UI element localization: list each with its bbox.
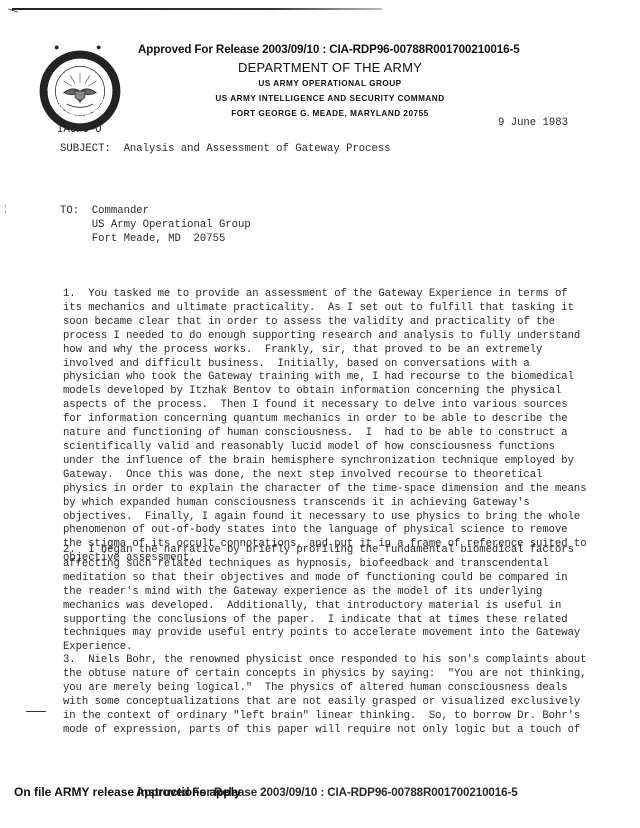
text-line: aspects of the process. Then I found it … (63, 399, 587, 413)
text-line: 3. Niels Bohr, the renowned physicist on… (63, 654, 587, 668)
text-line: with some conceptualizations that are no… (63, 696, 587, 710)
text-line: how and why the process works. Frankly, … (63, 344, 587, 358)
text-line: by which expanded human consciousness tr… (63, 497, 587, 511)
release-stamp-top: Approved For Release 2003/09/10 : CIA-RD… (138, 43, 520, 56)
text-line: the obtuse nature of certain concepts in… (63, 668, 587, 682)
text-line: process I needed to do enough supporting… (63, 330, 587, 344)
text-line: for information concerning quantum mecha… (63, 413, 587, 427)
text-line: involved and difficult business. Initial… (63, 358, 587, 372)
text-line: techniques may provide useful entry poin… (63, 627, 580, 641)
text-line: physics in order to explain the characte… (63, 483, 587, 497)
text-line: 2. I began the narrative by briefly prof… (63, 544, 580, 558)
text-line: soon became clear that in order to asses… (63, 316, 587, 330)
recipient-line: Fort Meade, MD 20755 (92, 233, 226, 245)
text-line: meditation so that their objectives and … (63, 572, 580, 586)
memo-date: 9 June 1983 (498, 117, 568, 129)
scan-speck (5, 205, 6, 207)
text-line: nature and functioning of human consciou… (63, 427, 587, 441)
margin-mark (26, 711, 46, 712)
text-line: the reader's mind with the Gateway exper… (63, 586, 580, 600)
department-title: DEPARTMENT OF THE ARMY (0, 60, 640, 75)
recipient-line: US Army Operational Group (92, 219, 251, 231)
scan-speck (5, 211, 6, 213)
text-line: models developed by Itzhak Bentov to obt… (63, 385, 587, 399)
subject-label: SUBJECT: (60, 143, 111, 155)
recipient-line: Commander (92, 205, 149, 217)
text-line: mechanics was developed. Additionally, t… (63, 600, 580, 614)
text-line: its mechanics and ultimate practicality.… (63, 302, 587, 316)
text-line: scientifically valid and reasonably luci… (63, 441, 587, 455)
text-line: objectives. Finally, I again found it ne… (63, 511, 587, 525)
subject-line: SUBJECT: Analysis and Assessment of Gate… (60, 143, 391, 155)
text-line: supporting the conclusions of the paper.… (63, 614, 580, 628)
paragraph-2: 2. I began the narrative by briefly prof… (63, 544, 580, 655)
text-line: in the context of ordinary "left brain" … (63, 710, 587, 724)
paragraph-3: 3. Niels Bohr, the renowned physicist on… (63, 654, 587, 737)
text-line: physician who took the Gateway training … (63, 371, 587, 385)
text-line: under the influence of the brain hemisph… (63, 455, 587, 469)
office-symbol: IAGPC-O (57, 124, 102, 136)
text-line: affecting such related techniques as hyp… (63, 558, 580, 572)
text-line: you are merely being logical." The physi… (63, 682, 587, 696)
letterhead-group: US ARMY OPERATIONAL GROUP (0, 79, 640, 88)
text-line: 1. You tasked me to provide an assessmen… (63, 288, 587, 302)
paragraph-1: 1. You tasked me to provide an assessmen… (63, 288, 587, 566)
text-line: mode of expression, parts of this paper … (63, 724, 587, 738)
letterhead-command: US ARMY INTELLIGENCE AND SECURITY COMMAN… (0, 94, 640, 103)
text-line: phenomenon of out-of-body states into th… (63, 524, 587, 538)
text-line: Gateway. Once this was done, the next st… (63, 469, 587, 483)
recipient-block: TO: Commander US Army Operational Group … (60, 205, 251, 246)
subject-text: Analysis and Assessment of Gateway Proce… (124, 143, 391, 155)
release-stamp-bottom: Approved For Release 2003/09/10 : CIA-RD… (136, 786, 518, 799)
scan-top-rule (12, 8, 382, 10)
to-label: TO: (60, 205, 79, 217)
